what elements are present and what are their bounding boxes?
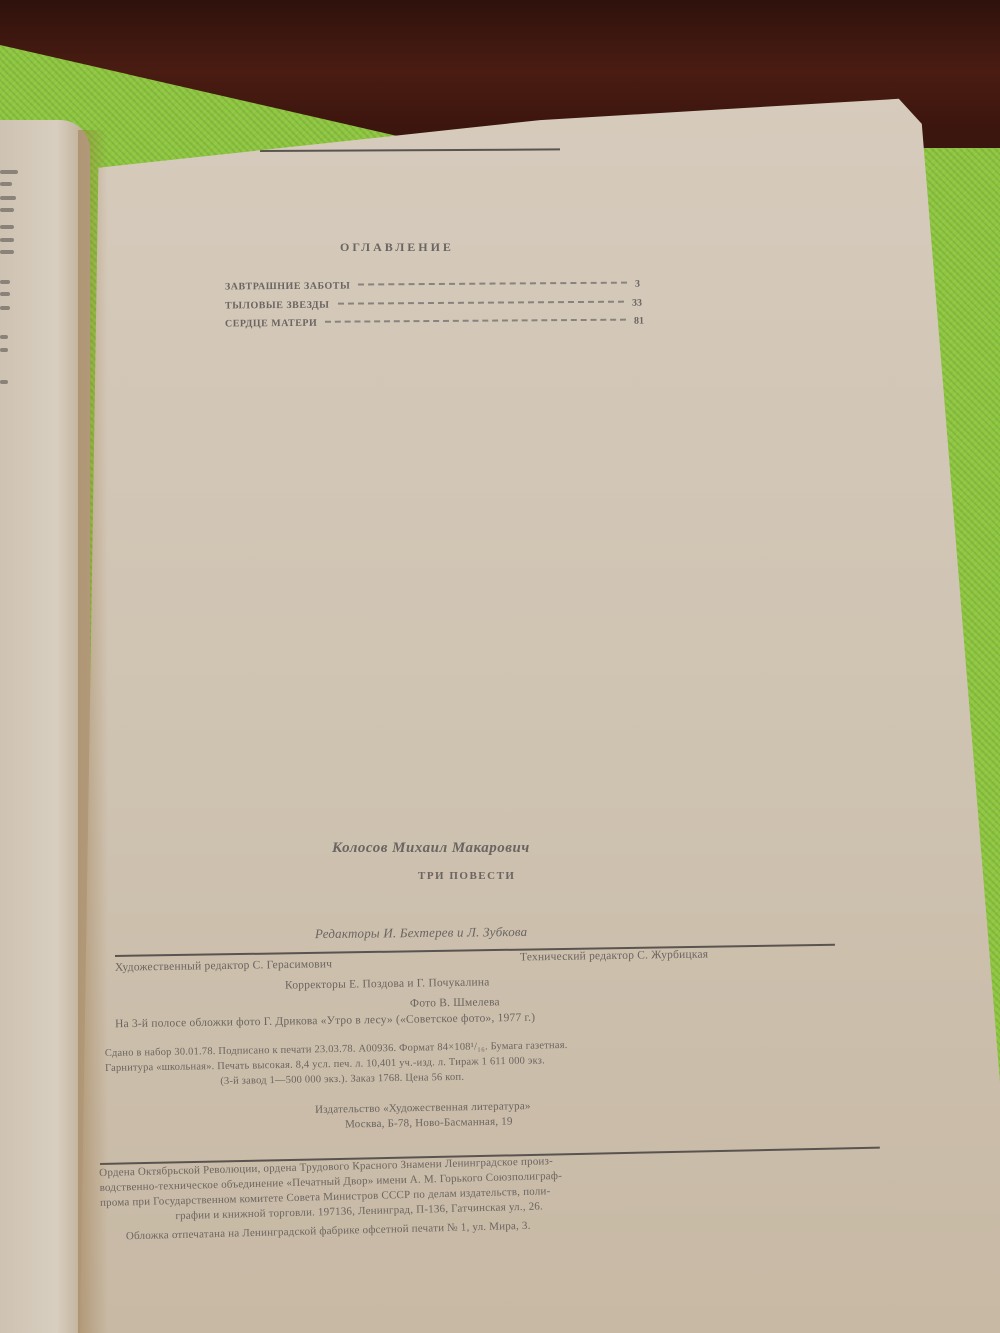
toc-entry: СЕРДЦЕ МАТЕРИ 81 (225, 316, 644, 330)
toc-heading: ОГЛАВЛЕНИЕ (340, 240, 454, 255)
toc-entry-page: 81 (634, 316, 644, 327)
editors: Редакторы И. Бехтерев и Л. Зубкова (315, 924, 527, 942)
book-gutter-shadow (78, 130, 108, 1333)
toc-entry-title: ЗАВТРАШНИЕ ЗАБОТЫ (225, 281, 350, 293)
toc-entry: ТЫЛОВЫЕ ЗВЕЗДЫ 33 (225, 298, 642, 312)
art-editor: Художественный редактор С. Герасимович (115, 958, 332, 973)
cover-photo-credit: На 3-й полосе обложки фото Г. Дрикова «У… (115, 1012, 535, 1031)
publisher-address: Москва, Б-78, Ново-Басманная, 19 (345, 1116, 513, 1131)
top-rule (260, 148, 560, 152)
toc-entry-title: ТЫЛОВЫЕ ЗВЕЗДЫ (225, 300, 330, 312)
author-name: Колосов Михаил Макарович (332, 840, 530, 857)
toc-leader-dots (358, 282, 627, 286)
colophon-rule (115, 944, 835, 957)
correctors: Корректоры Е. Поздова и Г. Почукалина (285, 976, 490, 991)
toc-entry-page: 3 (635, 279, 640, 290)
tech-editor: Технический редактор С. Журбицкая (520, 949, 708, 964)
toc-entry-page: 33 (632, 298, 642, 309)
printer-details: Ордена Октябрьской Революции, ордена Тру… (99, 1154, 563, 1245)
book-page: ОГЛАВЛЕНИЕ ЗАВТРАШНИЕ ЗАБОТЫ 3 ТЫЛОВЫЕ З… (80, 80, 1000, 1333)
toc-entry: ЗАВТРАШНИЕ ЗАБОТЫ 3 (225, 279, 640, 293)
previous-page-edge (0, 120, 90, 1333)
publisher: Издательство «Художественная литература» (315, 1100, 531, 1116)
photo-credit: Фото В. Шмелева (410, 996, 500, 1009)
print-details: Сдано в набор 30.01.78. Подписано к печа… (105, 1038, 569, 1091)
book-title: ТРИ ПОВЕСТИ (418, 870, 516, 882)
toc-leader-dots (325, 319, 626, 323)
toc-leader-dots (337, 301, 624, 305)
toc-entry-title: СЕРДЦЕ МАТЕРИ (225, 318, 317, 330)
